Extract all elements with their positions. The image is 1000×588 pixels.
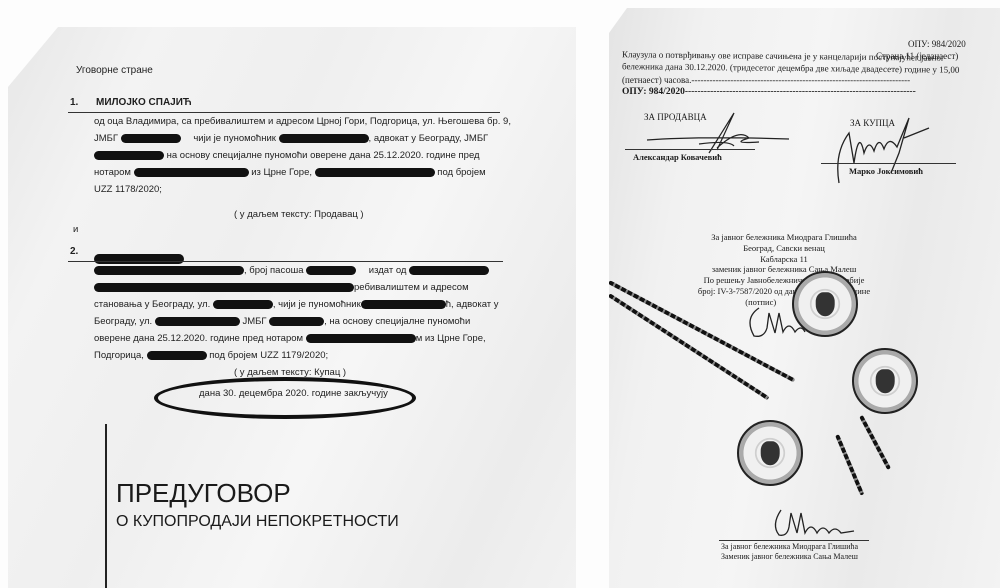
redaction (306, 334, 416, 343)
footer-signature-line (719, 540, 869, 541)
party2-name-redaction (94, 254, 184, 264)
redaction (361, 300, 446, 309)
clause-line3: (петнаест) часова.----------------------… (622, 75, 1000, 85)
redaction (134, 168, 249, 177)
redaction (213, 300, 273, 309)
redaction (94, 266, 244, 275)
redaction (147, 351, 207, 360)
party2-line3: становања у Београду, ул. , чији је пуно… (94, 299, 499, 310)
clause-line1: Клаузула о потврђивању ове исправе сачињ… (622, 49, 945, 62)
seller-signature-line (625, 149, 755, 150)
document-subtitle: О КУПОПРОДАЈИ НЕПОКРЕТНОСТИ (116, 513, 399, 531)
party2-line1: , број пасоша издат од (94, 265, 489, 276)
document-title: ПРЕДУГОВОР (116, 478, 291, 509)
party2-number: 2. (70, 246, 78, 257)
parties-heading: Уговорне стране (76, 65, 153, 76)
party1-line3: на основу специјалне пуномоћи оверене да… (94, 150, 480, 161)
redaction (315, 168, 435, 177)
party2-line4: Београду, ул. ЈМБГ , на основу специјалн… (94, 316, 470, 327)
party1-line2: ЈМБГ чији је пуномоћник , адвокат у Беог… (94, 133, 488, 144)
party1-number: 1. (70, 97, 78, 108)
buyer-name: Марко Јоксимовић (849, 166, 923, 176)
notary-seal (792, 271, 858, 337)
party1-line1: од оца Владимира, са пребивалиштем и адр… (94, 116, 511, 127)
redaction (121, 134, 181, 143)
redaction (155, 317, 240, 326)
notary-line: Београд, Савски венац (619, 243, 949, 254)
deputy-signature (769, 505, 859, 540)
party1-line4: нотаром из Црне Горе, под бројем (94, 167, 486, 178)
seller-signature (639, 108, 799, 158)
clause-line2: бележника дана 30.12.2020. (тридесетог д… (622, 61, 960, 75)
notary-seal (852, 348, 918, 414)
contract-signature-page: ОПУ: 984/2020 Страна 11 (једанаест) Клау… (609, 8, 1000, 588)
redaction (279, 134, 369, 143)
notary-line: број: IV-3-7587/2020 од дана 25.12.2020.… (619, 286, 949, 297)
footer-line2: Заменик јавног бележника Сања Малеш (721, 552, 858, 561)
notary-line: За јавног бележника Миодрага Глишића (619, 232, 949, 243)
party1-line5: UZZ 1178/2020; (94, 184, 162, 195)
binding-cord (859, 415, 891, 470)
redaction (306, 266, 356, 275)
notary-block: За јавног бележника Миодрага Глишића Бео… (609, 232, 949, 308)
redaction (269, 317, 324, 326)
party2-line6: Подгорица, под бројем UZZ 1179/2020; (94, 350, 328, 361)
title-rule (105, 424, 107, 588)
buyer-signature-line (821, 163, 956, 164)
party2-line5: оверене дана 25.12.2020. године пред нот… (94, 333, 486, 344)
and-connector: и (73, 224, 78, 235)
notary-line: Кабларска 11 (619, 254, 949, 265)
party1-role: ( у даљем тексту: Продавац ) (234, 209, 364, 220)
opu-number-top: ОПУ: 984/2020 (908, 39, 966, 49)
party1-divider (68, 112, 500, 113)
party2-divider (68, 261, 503, 262)
contract-first-page: Уговорне стране 1. МИЛОЈКО СПАЈИЋ од оца… (8, 27, 576, 588)
binding-cord (835, 434, 864, 495)
notary-line: По решењу Јавнобележничке коморе Србије (619, 275, 949, 286)
concluded-date: дана 30. децембра 2020. године закључују (199, 388, 388, 399)
party1-name: МИЛОЈКО СПАЈИЋ (96, 97, 192, 108)
party2-line2: ребивалиштем и адресом (94, 282, 469, 293)
opu-number-bold: ОПУ: 984/2020---------------------------… (622, 87, 1000, 97)
notary-line: заменик јавног бележника Сања Малеш (619, 264, 949, 275)
buyer-signature (819, 113, 949, 193)
redaction (409, 266, 489, 275)
redaction (94, 283, 354, 292)
redaction (94, 151, 164, 160)
seller-name: Александар Ковачевић (633, 152, 722, 162)
notary-seal (737, 420, 803, 486)
footer-line1: За јавног бележника Миодрага Глишића (721, 542, 858, 551)
